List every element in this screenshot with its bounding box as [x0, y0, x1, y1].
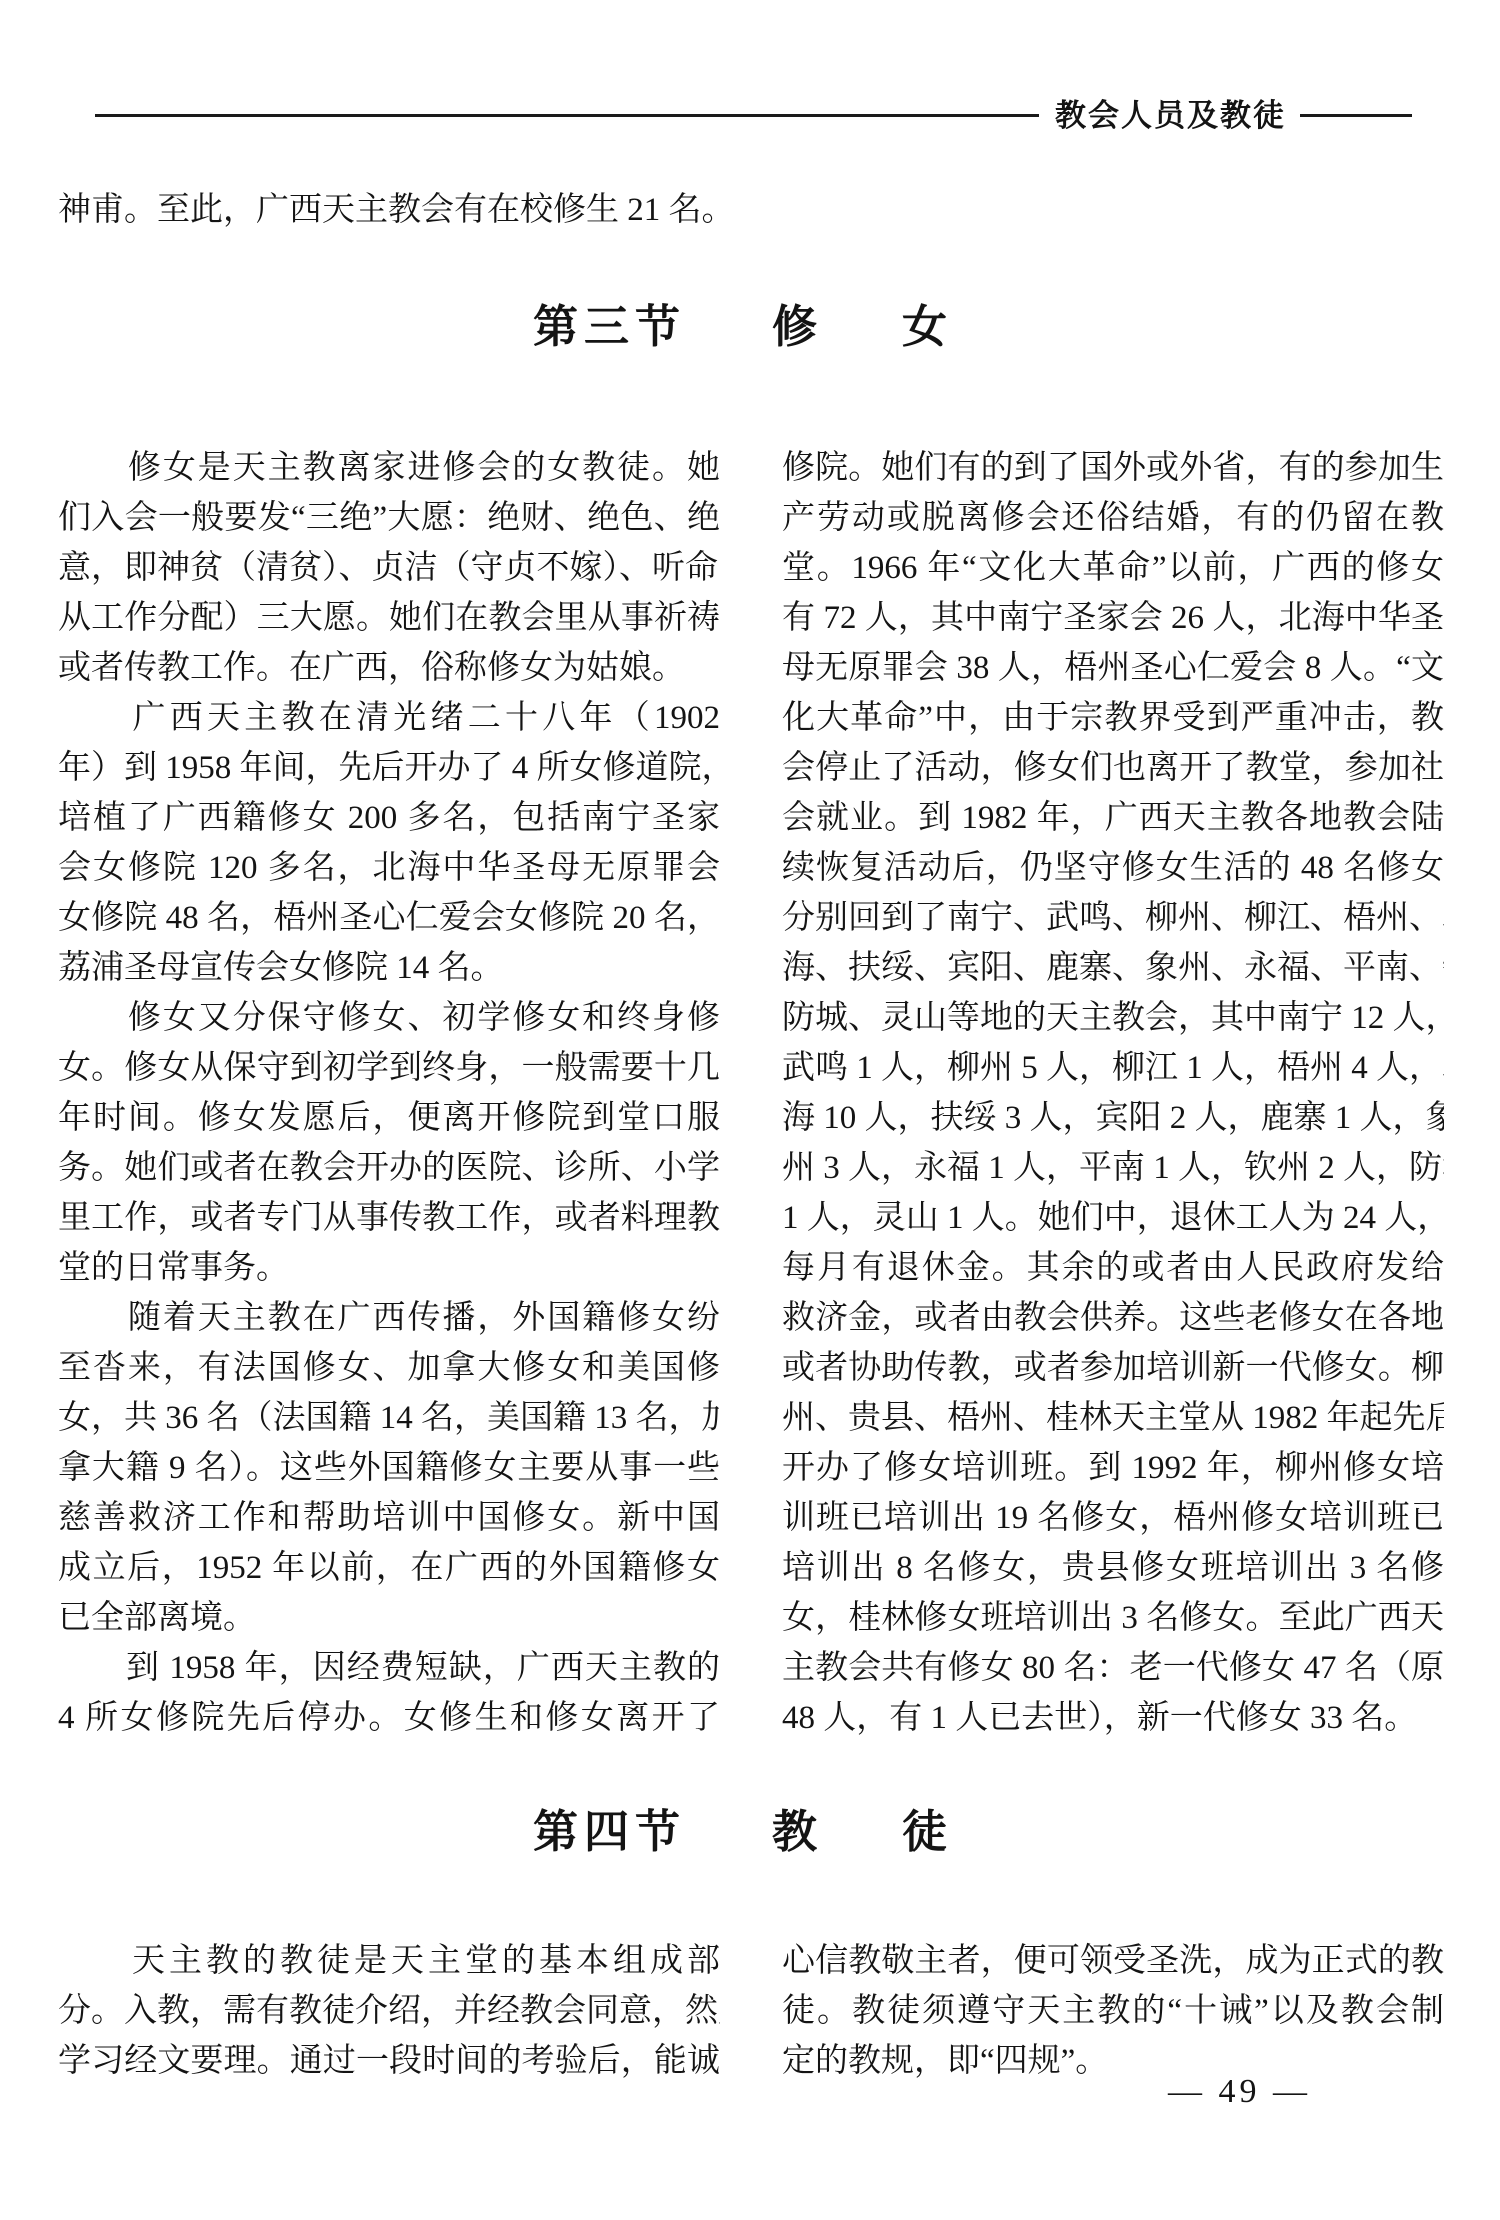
text-line: 意，即神贫（清贫）、贞洁（守贞不嫁）、听命（服	[58, 543, 720, 593]
text-line: 荔浦圣母宣传会女修院 14 名。	[58, 943, 720, 993]
text-line: 海、扶绥、宾阳、鹿寨、象州、永福、平南、钦州、	[782, 943, 1444, 993]
text-line: 到 1958 年，因经费短缺，广西天主教的	[58, 1643, 720, 1693]
text-line: 女修院 48 名，梧州圣心仁爱会女修院 20 名，	[58, 893, 720, 943]
text-line: 会停止了活动，修女们也离开了教堂，参加社	[782, 743, 1444, 793]
text-line: 武鸣 1 人，柳州 5 人，柳江 1 人，梧州 4 人，北	[782, 1043, 1444, 1093]
header-rule-right	[1300, 114, 1412, 117]
text-line: 产劳动或脱离修会还俗结婚，有的仍留在教	[782, 493, 1444, 543]
text-line: 防城、灵山等地的天主教会，其中南宁 12 人，	[782, 993, 1444, 1043]
section4-left-column: 天主教的教徒是天主堂的基本组成部分。入教，需有教徒介绍，并经教会同意，然后学习经…	[58, 1936, 720, 2086]
section4-title: 第四节 教 徒	[0, 1808, 1500, 1856]
text-line: 或者传教工作。在广西，俗称修女为姑娘。	[58, 643, 720, 693]
text-line: 定的教规，即“四规”。	[782, 2036, 1444, 2086]
text-line: 堂。1966 年“文化大革命”以前，广西的修女	[782, 543, 1444, 593]
section3-title: 第三节 修 女	[0, 303, 1500, 351]
text-line: 女，桂林修女班培训出 3 名修女。至此广西天	[782, 1593, 1444, 1643]
text-line: 会就业。到 1982 年，广西天主教各地教会陆	[782, 793, 1444, 843]
text-line: 拿大籍 9 名）。这些外国籍修女主要从事一些	[58, 1443, 720, 1493]
text-line: 已全部离境。	[58, 1593, 720, 1643]
text-line: 学习经文要理。通过一段时间的考验后，能诚	[58, 2036, 720, 2086]
text-line: 48 人，有 1 人已去世），新一代修女 33 名。	[782, 1693, 1444, 1743]
text-line: 分。入教，需有教徒介绍，并经教会同意，然后	[58, 1986, 720, 2036]
text-line: 培植了广西籍修女 200 多名，包括南宁圣家	[58, 793, 720, 843]
text-line: 4 所女修院先后停办。女修生和修女离开了	[58, 1693, 720, 1743]
text-line: 母无原罪会 38 人，梧州圣心仁爱会 8 人。“文	[782, 643, 1444, 693]
text-line: 至沓来，有法国修女、加拿大修女和美国修	[58, 1343, 720, 1393]
text-line: 心信教敬主者，便可领受圣洗，成为正式的教	[782, 1936, 1444, 1986]
text-line: 慈善救济工作和帮助培训中国修女。新中国	[58, 1493, 720, 1543]
text-line: 有 72 人，其中南宁圣家会 26 人，北海中华圣	[782, 593, 1444, 643]
section4-number: 第四节	[533, 1808, 686, 1856]
section3-left-column: 修女是天主教离家进修会的女教徒。她们入会一般要发“三绝”大愿：绝财、绝色、绝意，…	[58, 443, 720, 1743]
running-header-title: 教会人员及教徒	[1055, 100, 1286, 131]
text-line: 成立后，1952 年以前，在广西的外国籍修女	[58, 1543, 720, 1593]
page-header: 教会人员及教徒	[95, 100, 1412, 131]
section4-name: 教 徒	[772, 1808, 967, 1856]
text-line: 年）到 1958 年间，先后开办了 4 所女修道院，	[58, 743, 720, 793]
text-line: 务。她们或者在教会开办的医院、诊所、小学	[58, 1143, 720, 1193]
text-line: 州 3 人，永福 1 人，平南 1 人，钦州 2 人，防城	[782, 1143, 1444, 1193]
page: 教会人员及教徒 神甫。至此，广西天主教会有在校修生 21 名。 第三节 修 女 …	[0, 0, 1500, 2220]
text-line: 修女是天主教离家进修会的女教徒。她	[58, 443, 720, 493]
text-line: 或者协助传教，或者参加培训新一代修女。柳	[782, 1343, 1444, 1393]
text-line: 训班已培训出 19 名修女，梧州修女培训班已	[782, 1493, 1444, 1543]
text-line: 徒。教徒须遵守天主教的“十诫”以及教会制	[782, 1986, 1444, 2036]
text-line: 培训出 8 名修女，贵县修女班培训出 3 名修	[782, 1543, 1444, 1593]
text-line: 里工作，或者专门从事传教工作，或者料理教	[58, 1193, 720, 1243]
text-line: 们入会一般要发“三绝”大愿：绝财、绝色、绝	[58, 493, 720, 543]
text-line: 从工作分配）三大愿。她们在教会里从事祈祷	[58, 593, 720, 643]
text-line: 分别回到了南宁、武鸣、柳州、柳江、梧州、北	[782, 893, 1444, 943]
text-line: 会女修院 120 多名，北海中华圣母无原罪会	[58, 843, 720, 893]
intro-line: 神甫。至此，广西天主教会有在校修生 21 名。	[58, 190, 735, 230]
text-line: 开办了修女培训班。到 1992 年，柳州修女培	[782, 1443, 1444, 1493]
text-line: 救济金，或者由教会供养。这些老修女在各地	[782, 1293, 1444, 1343]
text-line: 续恢复活动后，仍坚守修女生活的 48 名修女	[782, 843, 1444, 893]
page-number: — 49 —	[1168, 2072, 1311, 2112]
text-line: 女，共 36 名（法国籍 14 名，美国籍 13 名，加	[58, 1393, 720, 1443]
header-rule-left	[95, 114, 1039, 117]
text-line: 修院。她们有的到了国外或外省，有的参加生	[782, 443, 1444, 493]
text-line: 州、贵县、梧州、桂林天主堂从 1982 年起先后	[782, 1393, 1444, 1443]
section3-right-column: 修院。她们有的到了国外或外省，有的参加生产劳动或脱离修会还俗结婚，有的仍留在教堂…	[782, 443, 1444, 1743]
text-line: 主教会共有修女 80 名：老一代修女 47 名（原	[782, 1643, 1444, 1693]
text-line: 堂的日常事务。	[58, 1243, 720, 1293]
text-line: 每月有退休金。其余的或者由人民政府发给	[782, 1243, 1444, 1293]
text-line: 年时间。修女发愿后，便离开修院到堂口服	[58, 1093, 720, 1143]
section3-name: 修 女	[772, 303, 967, 351]
text-line: 海 10 人，扶绥 3 人，宾阳 2 人，鹿寨 1 人，象	[782, 1093, 1444, 1143]
text-line: 随着天主教在广西传播，外国籍修女纷	[58, 1293, 720, 1343]
text-line: 广西天主教在清光绪二十八年（1902	[58, 693, 720, 743]
text-line: 女。修女从保守到初学到终身，一般需要十几	[58, 1043, 720, 1093]
section4-right-column: 心信教敬主者，便可领受圣洗，成为正式的教徒。教徒须遵守天主教的“十诫”以及教会制…	[782, 1936, 1444, 2086]
text-line: 1 人，灵山 1 人。她们中，退休工人为 24 人，	[782, 1193, 1444, 1243]
text-line: 修女又分保守修女、初学修女和终身修	[58, 993, 720, 1043]
section3-number: 第三节	[533, 303, 686, 351]
text-line: 天主教的教徒是天主堂的基本组成部	[58, 1936, 720, 1986]
text-line: 化大革命”中，由于宗教界受到严重冲击，教	[782, 693, 1444, 743]
